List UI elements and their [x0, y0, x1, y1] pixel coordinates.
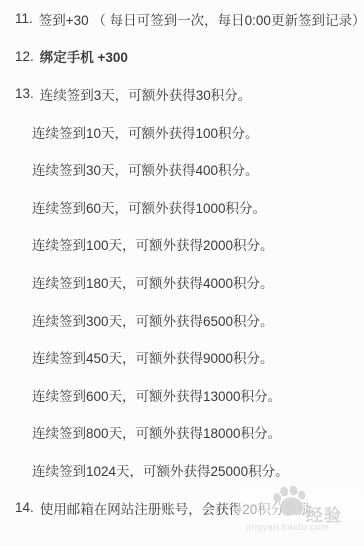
list-item-tier-100: 连续签到100天，可额外获得2000积分。: [0, 226, 364, 264]
list-item-tier-180: 连续签到180天，可额外获得4000积分。: [0, 263, 364, 301]
reward-rules-list: 11. 签到+30 （ 每日可签到一次，每日0:00更新签到记录） 12. 绑定…: [0, 0, 364, 526]
list-item-tier-60: 连续签到60天，可额外获得1000积分。: [0, 188, 364, 226]
list-item-13: 13. 连续签到3天，可额外获得30积分。: [0, 75, 364, 113]
item-number: 12.: [15, 49, 34, 64]
item-number: 14.: [15, 500, 34, 515]
item-number: 11.: [15, 11, 33, 26]
list-item-tier-600: 连续签到600天，可额外获得13000积分。: [0, 376, 364, 414]
item-text: 连续签到450天，可额外获得9000积分。: [32, 347, 274, 367]
item-text: 连续签到60天，可额外获得1000积分。: [32, 197, 266, 217]
item-text: 连续签到600天，可额外获得13000积分。: [32, 385, 281, 405]
list-item-12: 12. 绑定手机 +300: [0, 38, 364, 76]
item-text: 连续签到1024天，可额外获得25000积分。: [32, 460, 289, 480]
item-text: 签到+30 （ 每日可签到一次，每日0:00更新签到记录）: [39, 9, 364, 29]
item-text: 连续签到300天，可额外获得6500积分。: [32, 310, 274, 330]
list-item-tier-800: 连续签到800天，可额外获得18000积分。: [0, 414, 364, 452]
item-text: 连续签到100天，可额外获得2000积分。: [32, 234, 274, 254]
watermark-url: jingyan.baidu.com: [246, 522, 329, 533]
item-text: 连续签到800天，可额外获得18000积分。: [32, 422, 281, 442]
item-text: 连续签到180天，可额外获得4000积分。: [32, 272, 274, 292]
item-text: 连续签到3天，可额外获得30积分。: [40, 84, 252, 104]
list-item-tier-300: 连续签到300天，可额外获得6500积分。: [0, 301, 364, 339]
list-item-tier-30: 连续签到30天，可额外获得400积分。: [0, 150, 364, 188]
item-text: 绑定手机 +300: [40, 46, 128, 66]
list-item-11: 11. 签到+30 （ 每日可签到一次，每日0:00更新签到记录）: [0, 0, 364, 38]
item-text: 连续签到10天，可额外获得100积分。: [32, 122, 259, 142]
list-item-tier-10: 连续签到10天，可额外获得100积分。: [0, 113, 364, 151]
item-number: 13.: [15, 86, 34, 101]
list-item-tier-450: 连续签到450天，可额外获得9000积分。: [0, 338, 364, 376]
list-item-tier-1024: 连续签到1024天，可额外获得25000积分。: [0, 451, 364, 489]
item-text: 连续签到30天，可额外获得400积分。: [32, 159, 259, 179]
